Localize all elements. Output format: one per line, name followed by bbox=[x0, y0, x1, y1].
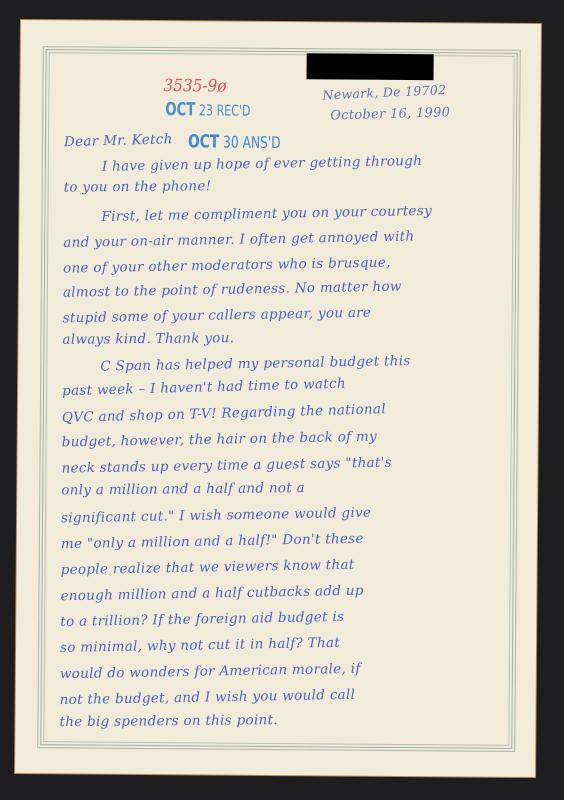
answered-month: OCT bbox=[188, 131, 219, 152]
answered-day: 30 bbox=[223, 133, 239, 152]
answered-label: ANS'D bbox=[242, 133, 280, 152]
received-stamp: OCT 23 REC'D bbox=[165, 101, 250, 120]
redaction-box bbox=[307, 53, 434, 80]
received-month: OCT bbox=[165, 99, 195, 120]
letter-line: always kind. Thank you. bbox=[62, 330, 234, 348]
letter-line: only a million and a half and not a bbox=[61, 480, 305, 498]
received-label: REC'D bbox=[216, 102, 250, 120]
letter-page: 3535-9ø OCT 23 REC'D Newark, De 19702 Oc… bbox=[15, 20, 541, 777]
answered-stamp: OCT 30 ANS'D bbox=[188, 133, 281, 152]
letter-line: the big spenders on this point. bbox=[59, 712, 278, 730]
letter-line: to you on the phone! bbox=[64, 178, 212, 195]
salutation: Dear Mr. Ketch bbox=[64, 131, 173, 150]
received-day: 23 bbox=[199, 101, 213, 119]
file-number-stamp: 3535-9ø bbox=[163, 78, 226, 95]
